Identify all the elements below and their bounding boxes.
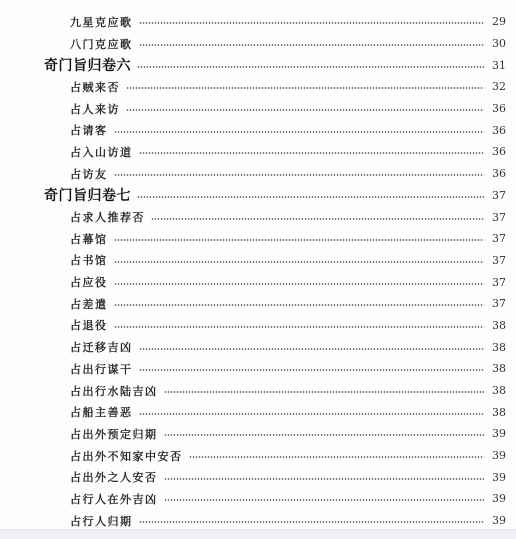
toc-entry-page: 29	[490, 15, 506, 28]
dot-leader	[151, 218, 484, 220]
toc-entry[interactable]: 占出外预定归期 39	[0, 423, 516, 445]
toc-entry-title: 占幕馆	[70, 231, 108, 247]
toc-entry-page: 37	[490, 211, 506, 224]
toc-entry-page: 39	[490, 449, 506, 462]
toc-entry-title: 占行人在外吉凶	[70, 491, 158, 507]
toc-entry-page: 37	[490, 276, 506, 289]
toc-entry-page: 32	[490, 80, 506, 93]
toc-entry-title: 占书馆	[70, 252, 108, 268]
toc-entry-page: 36	[490, 124, 506, 137]
toc-entry-page: 38	[490, 341, 506, 354]
toc-entry[interactable]: 占应役 37	[0, 271, 516, 293]
toc-entry-page: 30	[490, 37, 506, 50]
toc-entry[interactable]: 占出外之人安否 39	[0, 466, 516, 488]
toc-entry[interactable]: 占入山访道 36	[0, 141, 516, 163]
toc-entry[interactable]: 占迁移吉凶 38	[0, 336, 516, 358]
dot-leader	[126, 87, 484, 89]
toc-entry[interactable]: 占出行水陆吉凶 38	[0, 380, 516, 402]
toc-section-heading[interactable]: 奇门旨归卷六 31	[0, 54, 516, 76]
toc-entry[interactable]: 占幕馆 37	[0, 228, 516, 250]
dot-leader	[114, 283, 485, 285]
toc-entry-page: 38	[490, 406, 506, 419]
toc-entry-page: 37	[490, 297, 506, 310]
toc-entry[interactable]: 占人来访 36	[0, 98, 516, 120]
toc-entry-title: 占访友	[70, 166, 108, 182]
toc-entry-page: 37	[490, 189, 506, 202]
toc-entry-page: 39	[490, 492, 506, 505]
toc-entry-page: 36	[490, 145, 506, 158]
dot-leader	[137, 66, 484, 68]
dot-leader	[139, 348, 485, 350]
dot-leader	[114, 131, 485, 133]
toc-entry-title: 占出外预定归期	[70, 426, 158, 442]
toc-entry-title: 占行人归期	[70, 513, 133, 529]
document-page: 九星克应歌 29 八门克应歌 30 奇门旨归卷六 31 占贼来否 32 占人来访…	[0, 0, 516, 529]
toc-section-title: 奇门旨归卷七	[44, 185, 131, 205]
dot-leader	[164, 434, 485, 436]
toc-entry-title: 占出行谋干	[70, 361, 133, 377]
dot-leader	[114, 174, 485, 176]
dot-leader	[139, 22, 485, 24]
toc-entry-page: 38	[490, 384, 506, 397]
toc-entry[interactable]: 占差遣 37	[0, 293, 516, 315]
toc-section-title: 奇门旨归卷六	[44, 55, 131, 75]
toc-entry[interactable]: 占书馆 37	[0, 250, 516, 272]
toc-entry-title: 占入山访道	[70, 144, 133, 160]
toc-entry-title: 占出外不知家中安否	[70, 448, 183, 464]
dot-leader	[164, 499, 485, 501]
toc-entry[interactable]: 占贼来否 32	[0, 76, 516, 98]
dot-leader	[139, 413, 485, 415]
toc-entry-title: 占贼来否	[70, 79, 120, 95]
toc-entry[interactable]: 占出行谋干 38	[0, 358, 516, 380]
toc-entry-title: 占人来访	[70, 101, 120, 117]
toc-entry-page: 36	[490, 102, 506, 115]
toc-entry-title: 占差遣	[70, 296, 108, 312]
toc-entry[interactable]: 占请客 36	[0, 119, 516, 141]
toc-entry-title: 占求人推荐否	[70, 209, 145, 225]
dot-leader	[164, 391, 485, 393]
toc-entry[interactable]: 八门克应歌 30	[0, 33, 516, 55]
toc-entry[interactable]: 占行人在外吉凶 39	[0, 488, 516, 510]
toc-entry-page: 37	[490, 254, 506, 267]
toc-entry-title: 占出行水陆吉凶	[70, 383, 158, 399]
toc-section-heading[interactable]: 奇门旨归卷七 37	[0, 185, 516, 207]
toc-entry-title: 占请客	[70, 122, 108, 138]
toc-entry-title: 占退役	[70, 317, 108, 333]
dot-leader	[139, 369, 485, 371]
toc-entry-page: 36	[490, 167, 506, 180]
toc-entry[interactable]: 占船主善恶 38	[0, 401, 516, 423]
dot-leader	[114, 239, 485, 241]
table-of-contents: 九星克应歌 29 八门克应歌 30 奇门旨归卷六 31 占贼来否 32 占人来访…	[0, 11, 516, 532]
toc-entry-page: 39	[490, 471, 506, 484]
toc-entry-title: 八门克应歌	[70, 36, 133, 52]
dot-leader	[189, 456, 485, 458]
dot-leader	[139, 44, 485, 46]
toc-entry-page: 38	[490, 362, 506, 375]
toc-entry[interactable]: 占访友 36	[0, 163, 516, 185]
dot-leader	[137, 196, 484, 198]
dot-leader	[139, 152, 485, 154]
viewer-bottom-bar	[0, 529, 516, 539]
toc-entry-page: 39	[490, 427, 506, 440]
dot-leader	[114, 261, 485, 263]
toc-entry-page: 39	[490, 514, 506, 527]
toc-entry[interactable]: 占出外不知家中安否 39	[0, 445, 516, 467]
dot-leader	[114, 326, 485, 328]
dot-leader	[164, 478, 485, 480]
dot-leader	[126, 109, 484, 111]
toc-entry-page: 38	[490, 319, 506, 332]
dot-leader	[139, 521, 485, 523]
toc-entry-page: 31	[490, 59, 506, 72]
toc-entry[interactable]: 占求人推荐否 37	[0, 206, 516, 228]
toc-entry-title: 占应役	[70, 274, 108, 290]
toc-entry-title: 占船主善恶	[70, 404, 133, 420]
dot-leader	[114, 304, 485, 306]
toc-entry-title: 九星克应歌	[70, 14, 133, 30]
toc-entry[interactable]: 九星克应歌 29	[0, 11, 516, 33]
toc-entry-page: 37	[490, 232, 506, 245]
toc-entry[interactable]: 占退役 38	[0, 315, 516, 337]
toc-entry-title: 占迁移吉凶	[70, 339, 133, 355]
toc-entry-title: 占出外之人安否	[70, 469, 158, 485]
